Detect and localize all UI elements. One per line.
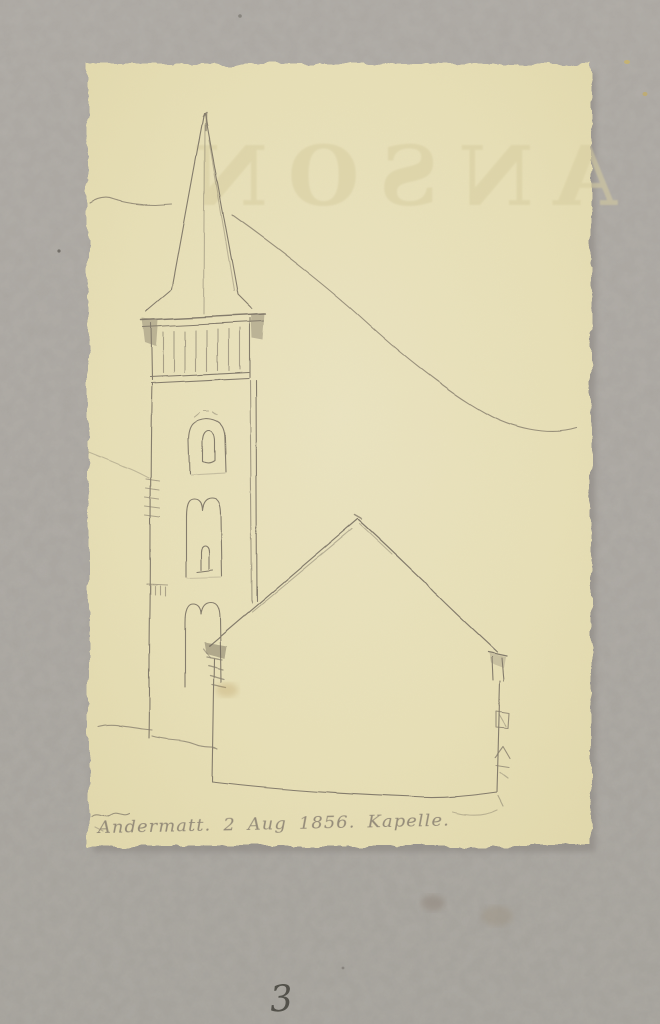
sketch-scan-svg: ANSON (0, 0, 660, 1024)
paper-stain (216, 683, 238, 697)
page-number: 3 (269, 978, 295, 1020)
artwork-scan: ANSON (0, 0, 660, 1024)
watermark-text: ANSON (173, 129, 618, 225)
mount-stain (421, 895, 445, 911)
